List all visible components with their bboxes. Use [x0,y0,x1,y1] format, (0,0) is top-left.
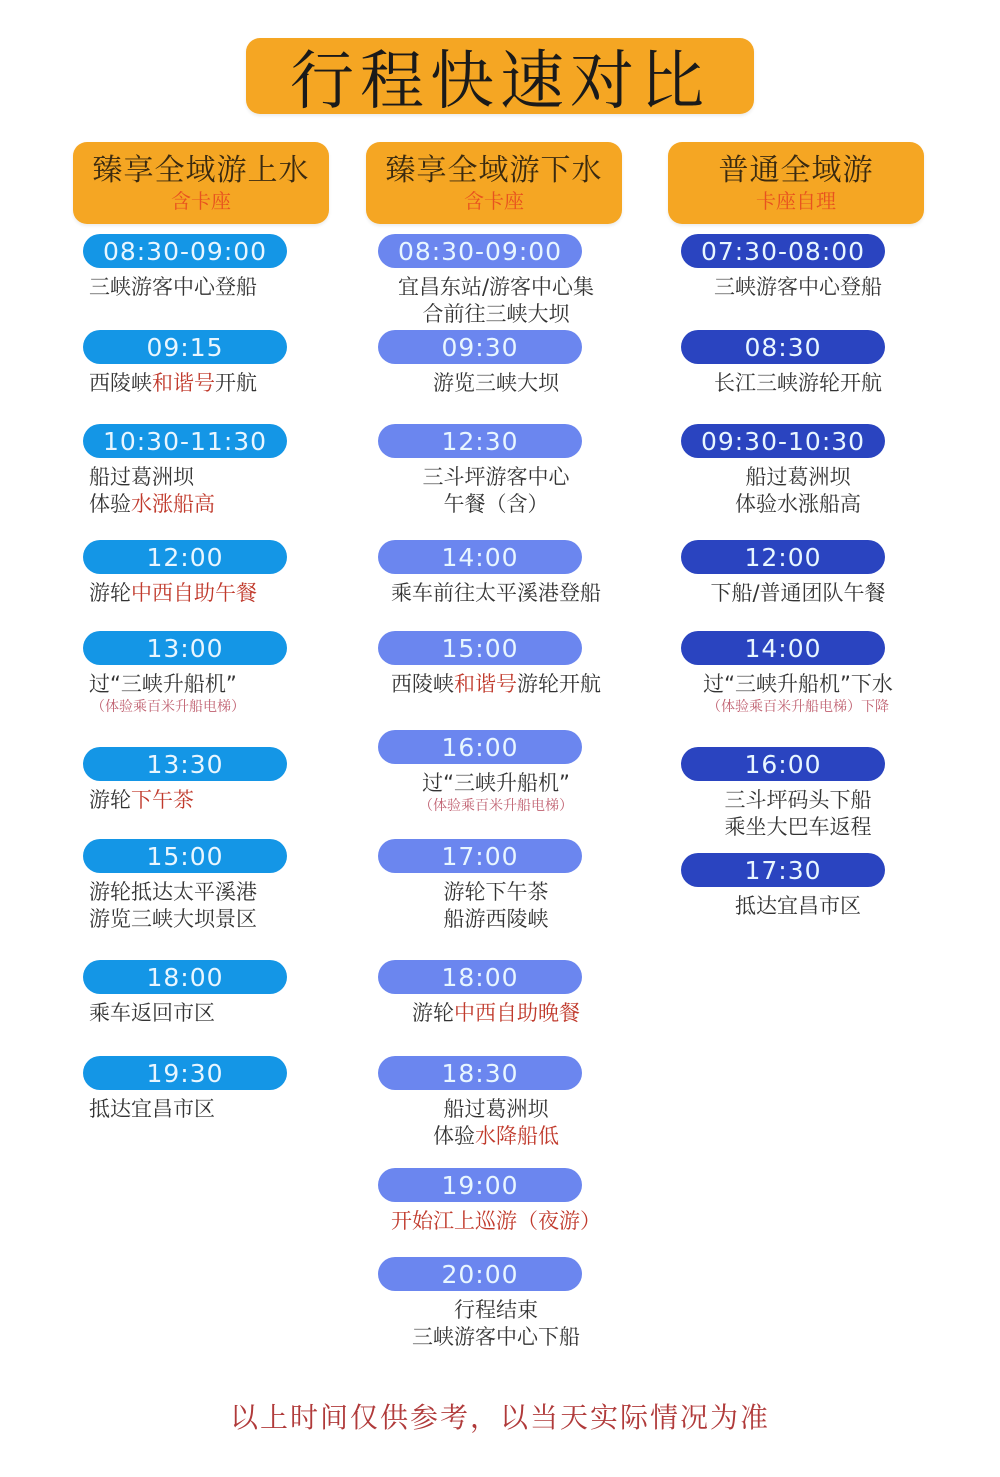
text-segment: 船游西陵峡 [444,907,549,931]
activity-description: 游轮中西自助晚餐 [356,1000,636,1027]
time-pill: 13:30 [83,747,287,781]
description-line: 乘坐大巴车返程 [658,814,938,841]
text-segment: 乘坐大巴车返程 [725,815,872,839]
description-line: 合前往三峡大坝 [356,301,636,328]
highlight-text: 和谐号 [152,371,215,395]
text-segment: 过“三峡升船机”下水 [703,672,893,696]
description-line: 三峡游客中心登船 [658,274,938,301]
time-pill: 17:30 [681,853,885,887]
description-line: 体验水涨船高 [89,491,215,518]
activity-description: 游轮下午茶 [89,787,194,814]
activity-description: 游览三峡大坝 [356,370,636,397]
time-pill: 17:00 [378,839,582,873]
text-segment: 宜昌东站/游客中心集 [398,275,594,299]
activity-description: 西陵峡和谐号游轮开航 [356,671,636,698]
column-subtitle: 卡座自理 [756,189,836,213]
text-segment: 体验 [433,1124,475,1148]
time-pill: 08:30-09:00 [83,234,287,268]
description-line: 乘车前往太平溪港登船 [356,580,636,607]
description-line: 开始江上巡游（夜游） [356,1208,636,1235]
time-pill: 09:30-10:30 [681,424,885,458]
description-line: 三峡游客中心下船 [356,1324,636,1351]
activity-description: 过“三峡升船机”（体验乘百米升船电梯） [89,671,245,716]
time-pill: 18:30 [378,1056,582,1090]
column-title: 臻享全域游下水 [386,153,603,189]
text-segment: 体验水涨船高 [735,492,861,516]
activity-description: 宜昌东站/游客中心集合前往三峡大坝 [356,274,636,328]
activity-description: 西陵峡和谐号开航 [89,370,257,397]
time-pill: 18:00 [83,960,287,994]
activity-description: 过“三峡升船机”（体验乘百米升船电梯） [356,770,636,815]
activity-description: 三峡游客中心登船 [658,274,938,301]
description-line: 三峡游客中心登船 [89,274,257,301]
description-line: 乘车返回市区 [89,1000,215,1027]
activity-description: 船过葛洲坝体验水降船低 [356,1096,636,1150]
activity-description: 乘车返回市区 [89,1000,215,1027]
text-segment: 三峡游客中心登船 [89,275,257,299]
note-text: （体验乘百米升船电梯）下降 [658,698,938,716]
time-pill: 14:00 [681,631,885,665]
time-pill: 09:30 [378,330,582,364]
text-segment: 西陵峡 [391,672,454,696]
time-pill: 14:00 [378,540,582,574]
activity-description: 三斗坪码头下船乘坐大巴车返程 [658,787,938,841]
description-line: 过“三峡升船机” [356,770,636,797]
text-segment: 船过葛洲坝 [89,465,194,489]
time-pill: 20:00 [378,1257,582,1291]
time-pill: 08:30 [681,330,885,364]
text-segment: 合前往三峡大坝 [423,302,570,326]
text-segment: 抵达宜昌市区 [735,894,861,918]
disclaimer-text: 以上时间仅供参考，以当天实际情况为准 [0,1396,1000,1436]
description-line: 过“三峡升船机”下水 [658,671,938,698]
text-segment: 乘车返回市区 [89,1001,215,1025]
description-line: 三斗坪游客中心 [356,464,636,491]
activity-description: 船过葛洲坝体验水涨船高 [89,464,215,518]
text-segment: 抵达宜昌市区 [89,1097,215,1121]
text-segment: 三峡游客中心下船 [412,1325,580,1349]
text-segment: 西陵峡 [89,371,152,395]
note-text: （体验乘百米升船电梯） [89,698,245,716]
description-line: 西陵峡和谐号开航 [89,370,257,397]
highlight-text: 中西自助午餐 [131,581,257,605]
text-segment: 三斗坪游客中心 [423,465,570,489]
time-pill: 13:00 [83,631,287,665]
description-line: 船过葛洲坝 [356,1096,636,1123]
text-segment: 游轮 [412,1001,454,1025]
description-line: 长江三峡游轮开航 [658,370,938,397]
highlight-text: 和谐号 [454,672,517,696]
time-pill: 10:30-11:30 [83,424,287,458]
description-line: 游轮下午茶 [356,879,636,906]
description-line: 游轮中西自助晚餐 [356,1000,636,1027]
time-pill: 16:00 [378,730,582,764]
text-segment: 游轮开航 [517,672,601,696]
description-line: 下船/普通团队午餐 [658,580,938,607]
text-segment: 行程结束 [454,1298,538,1322]
description-line: 游轮抵达太平溪港 [89,879,257,906]
description-line: 宜昌东站/游客中心集 [356,274,636,301]
text-segment: 船过葛洲坝 [444,1097,549,1121]
description-line: 抵达宜昌市区 [658,893,938,920]
description-line: 行程结束 [356,1297,636,1324]
column-subtitle: 含卡座 [464,189,524,213]
description-line: 抵达宜昌市区 [89,1096,215,1123]
description-line: 船过葛洲坝 [658,464,938,491]
activity-description: 行程结束三峡游客中心下船 [356,1297,636,1351]
time-pill: 08:30-09:00 [378,234,582,268]
time-pill: 12:00 [83,540,287,574]
text-segment: 体验 [89,492,131,516]
column-header: 臻享全域游上水 含卡座 [73,142,329,224]
activity-description: 乘车前往太平溪港登船 [356,580,636,607]
highlight-text: 开始江上巡游（夜游） [391,1209,601,1233]
description-line: 体验水降船低 [356,1123,636,1150]
column-subtitle: 含卡座 [171,189,231,213]
page-title: 行程快速对比 [246,38,754,114]
activity-description: 游轮下午茶船游西陵峡 [356,879,636,933]
time-pill: 12:30 [378,424,582,458]
text-segment: 游轮 [89,788,131,812]
text-segment: 开航 [215,371,257,395]
time-pill: 19:00 [378,1168,582,1202]
highlight-text: 水降船低 [475,1124,559,1148]
description-line: 游轮下午茶 [89,787,194,814]
text-segment: 船过葛洲坝 [746,465,851,489]
activity-description: 三斗坪游客中心午餐（含） [356,464,636,518]
highlight-text: 下午茶 [131,788,194,812]
text-segment: 下船/普通团队午餐 [710,581,885,605]
column-downstream-premium: 臻享全域游下水 含卡座 08:30-09:00宜昌东站/游客中心集合前往三峡大坝… [366,142,626,224]
activity-description: 船过葛洲坝体验水涨船高 [658,464,938,518]
activity-description: 三峡游客中心登船 [89,274,257,301]
column-title: 普通全域游 [719,153,874,189]
time-pill: 18:00 [378,960,582,994]
activity-description: 开始江上巡游（夜游） [356,1208,636,1235]
text-segment: 游览三峡大坝 [433,371,559,395]
note-text: （体验乘百米升船电梯） [356,797,636,815]
column-header: 臻享全域游下水 含卡座 [366,142,622,224]
description-line: 三斗坪码头下船 [658,787,938,814]
activity-description: 过“三峡升船机”下水（体验乘百米升船电梯）下降 [658,671,938,716]
column-title: 臻享全域游上水 [93,153,310,189]
time-pill: 12:00 [681,540,885,574]
activity-description: 下船/普通团队午餐 [658,580,938,607]
column-header: 普通全域游 卡座自理 [668,142,924,224]
description-line: 游览三峡大坝景区 [89,906,257,933]
activity-description: 抵达宜昌市区 [658,893,938,920]
time-pill: 15:00 [378,631,582,665]
text-segment: 游览三峡大坝景区 [89,907,257,931]
time-pill: 15:00 [83,839,287,873]
text-segment: 游轮抵达太平溪港 [89,880,257,904]
description-line: 游览三峡大坝 [356,370,636,397]
time-pill: 07:30-08:00 [681,234,885,268]
highlight-text: 水涨船高 [131,492,215,516]
column-standard: 普通全域游 卡座自理 07:30-08:00三峡游客中心登船08:30长江三峡游… [668,142,928,224]
text-segment: 三斗坪码头下船 [725,788,872,812]
text-segment: 三峡游客中心登船 [714,275,882,299]
text-segment: 过“三峡升船机” [89,672,237,696]
time-pill: 16:00 [681,747,885,781]
activity-description: 抵达宜昌市区 [89,1096,215,1123]
activity-description: 长江三峡游轮开航 [658,370,938,397]
text-segment: 游轮下午茶 [444,880,549,904]
text-segment: 长江三峡游轮开航 [714,371,882,395]
description-line: 船过葛洲坝 [89,464,215,491]
text-segment: 游轮 [89,581,131,605]
description-line: 西陵峡和谐号游轮开航 [356,671,636,698]
description-line: 体验水涨船高 [658,491,938,518]
activity-description: 游轮中西自助午餐 [89,580,257,607]
description-line: 游轮中西自助午餐 [89,580,257,607]
description-line: 船游西陵峡 [356,906,636,933]
text-segment: 乘车前往太平溪港登船 [391,581,601,605]
highlight-text: 中西自助晚餐 [454,1001,580,1025]
description-line: 过“三峡升船机” [89,671,245,698]
description-line: 午餐（含） [356,491,636,518]
text-segment: 过“三峡升船机” [422,771,570,795]
column-upstream-premium: 臻享全域游上水 含卡座 08:30-09:00三峡游客中心登船09:15西陵峡和… [73,142,333,224]
text-segment: 午餐（含） [444,492,549,516]
time-pill: 19:30 [83,1056,287,1090]
activity-description: 游轮抵达太平溪港游览三峡大坝景区 [89,879,257,933]
time-pill: 09:15 [83,330,287,364]
